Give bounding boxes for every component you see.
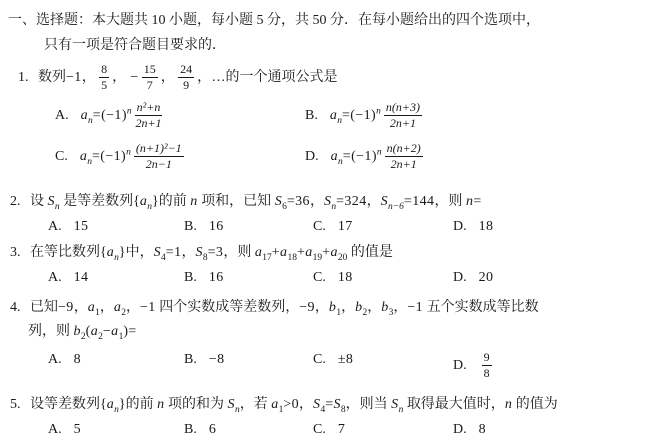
stem-text: ，	[74, 300, 88, 315]
options-row: A.14B.16C.18D.20	[8, 269, 661, 286]
stem-text: ，	[393, 300, 407, 315]
options-row: A.8B.−8C.±8D.98	[8, 351, 661, 381]
option-content: 17	[338, 219, 353, 234]
subscript: 17	[262, 253, 272, 263]
stem-text: ，	[299, 397, 313, 412]
math-variable: a	[330, 245, 337, 260]
option-content: 98	[479, 358, 495, 373]
option-label: B.	[184, 219, 197, 234]
fraction-numerator: n(n+3)	[384, 101, 422, 116]
fraction: (n+1)²−12n−1	[134, 142, 184, 172]
option-B: B.16	[184, 218, 224, 235]
option-content: 14	[74, 270, 89, 285]
option-content: 8	[479, 422, 486, 437]
stem-text: ，则	[223, 245, 255, 260]
math-variable: a	[331, 149, 338, 164]
stem-text: }中，	[119, 245, 154, 260]
option-C: C.±8	[313, 351, 353, 368]
option-label: D.	[305, 149, 319, 164]
math-text: −1	[140, 300, 156, 315]
option-label: C.	[313, 219, 326, 234]
math-text: ±8	[338, 352, 353, 367]
option-C: C.an=(−1)n(n+1)²−12n−1	[55, 142, 187, 172]
math-text: 8	[479, 422, 486, 437]
option-A: A.an=(−1)nn²+n2n+1	[55, 101, 165, 131]
math-variable: a	[91, 324, 98, 339]
subscript: 19	[313, 253, 323, 263]
fraction-numerator: (n+1)²−1	[134, 142, 184, 157]
option-label: B.	[184, 270, 197, 285]
fraction-numerator: n²+n	[135, 101, 163, 116]
stem-text: ，则	[434, 194, 466, 209]
question-number: 2.	[10, 193, 22, 210]
math-text: 14	[74, 270, 89, 285]
option-content: 6	[209, 422, 216, 437]
fraction: n(n+2)2n+1	[385, 142, 423, 172]
math-variable: S	[195, 245, 202, 260]
math-variable: a	[88, 300, 95, 315]
stem-text: ，	[100, 300, 114, 315]
option-content: an=(−1)nn²+n2n+1	[81, 108, 166, 123]
math-text: )=	[123, 324, 136, 339]
fraction-numerator: 24	[178, 63, 194, 78]
math-text: 15	[74, 219, 89, 234]
fraction-numerator: n(n+2)	[385, 142, 423, 157]
math-text: −9	[58, 300, 74, 315]
question-number: 1.	[18, 69, 30, 86]
math-text: +	[297, 245, 305, 260]
stem-text: 设等差数列{	[30, 397, 107, 412]
option-B: B.an=(−1)nn(n+3)2n+1	[305, 101, 425, 131]
math-text: −1	[407, 300, 423, 315]
math-text: −	[103, 324, 111, 339]
stem-text: ，	[126, 300, 140, 315]
option-C: C.17	[313, 218, 353, 235]
stem-text: ，	[367, 194, 381, 209]
option-content: 16	[209, 219, 224, 234]
option-label: A.	[48, 270, 62, 285]
option-content: −8	[209, 352, 225, 367]
math-text: 16	[209, 219, 224, 234]
option-content: 5	[74, 422, 81, 437]
option-label: B.	[184, 352, 197, 367]
superscript: n	[377, 147, 382, 157]
question-number: 5.	[10, 396, 22, 413]
math-text: +	[272, 245, 280, 260]
math-variable: S	[48, 194, 55, 209]
math-text: 5	[74, 422, 81, 437]
option-B: B.−8	[184, 351, 225, 368]
fraction-denominator: 2n+1	[385, 157, 423, 171]
superscript: n	[127, 106, 132, 116]
math-variable: a	[271, 397, 278, 412]
stem-text: ，	[181, 245, 195, 260]
option-A: A.14	[48, 269, 88, 286]
stem-text: 项和，已知	[198, 194, 275, 209]
math-variable: S	[334, 397, 341, 412]
math-text: 20	[479, 270, 494, 285]
math-variable: b	[381, 300, 388, 315]
fraction: 249	[178, 63, 194, 93]
stem-text: 设	[30, 194, 48, 209]
stem-text: 取得最大值时，	[403, 397, 505, 412]
stem-text: 已知	[30, 300, 58, 315]
question-stem: 3.在等比数列{an}中，S4=1，S8=3，则 a17+a18+a19+a20…	[8, 244, 661, 261]
math-text: =(−1)	[92, 149, 126, 164]
question-stem-continued: 列，则 b2(a2−a1)=	[28, 323, 661, 340]
math-text: =324	[336, 194, 367, 209]
option-B: B.6	[184, 421, 216, 437]
math-text: 16	[209, 270, 224, 285]
option-C: C.7	[313, 421, 345, 437]
math-text: =(−1)	[343, 149, 377, 164]
math-text: 18	[479, 219, 494, 234]
option-label: D.	[453, 422, 467, 437]
fraction-numerator: 15	[142, 63, 158, 78]
fraction-numerator: 9	[482, 351, 492, 366]
superscript: n	[126, 147, 131, 157]
option-C: C.18	[313, 269, 353, 286]
math-variable: a	[81, 108, 88, 123]
option-label: B.	[184, 422, 197, 437]
math-variable: S	[391, 397, 398, 412]
math-text: =36	[287, 194, 310, 209]
option-content: an=(−1)nn(n+2)2n+1	[331, 149, 426, 164]
question-number: 3.	[10, 244, 22, 261]
subscript: n−6	[388, 202, 404, 212]
stem-text: 的值为	[512, 397, 558, 412]
math-text: =	[473, 194, 481, 209]
section-header-line2: 只有一项是符合题目要求的．	[44, 37, 661, 54]
stem-text: }的前	[119, 397, 157, 412]
math-text: −8	[209, 352, 225, 367]
subscript: 18	[287, 253, 297, 263]
math-text: ，	[161, 70, 175, 85]
option-label: D.	[453, 358, 467, 373]
stem-text: …的一个通项公式是	[212, 70, 338, 85]
math-variable: S	[381, 194, 388, 209]
option-label: D.	[453, 219, 467, 234]
option-content: an=(−1)nn(n+3)2n+1	[330, 108, 425, 123]
option-content: 18	[479, 219, 494, 234]
stem-text: 是等差数列{	[60, 194, 140, 209]
fraction-denominator: 2n−1	[134, 157, 184, 171]
math-text: ，	[197, 70, 211, 85]
math-text: 7	[338, 422, 345, 437]
stem-text: 数列	[38, 70, 66, 85]
question-stem: 4.已知−9，a1，a2，−1 四个实数成等差数列，−9，b1，b2，b3，−1…	[8, 299, 661, 316]
math-text: 17	[338, 219, 353, 234]
option-B: B.16	[184, 269, 224, 286]
option-label: C.	[313, 422, 326, 437]
fraction-denominator: 7	[142, 78, 158, 92]
option-label: B.	[305, 108, 318, 123]
math-variable: a	[305, 245, 312, 260]
fraction-denominator: 2n+1	[384, 116, 422, 130]
question-1: 1.数列−1，85， −157，249，…的一个通项公式是A.an=(−1)nn…	[8, 63, 661, 177]
fraction: n(n+3)2n+1	[384, 101, 422, 131]
option-content: an=(−1)n(n+1)²−12n−1	[80, 149, 187, 164]
stem-text: ，	[341, 300, 355, 315]
stem-text: 列，则	[28, 324, 74, 339]
options-row: A.5B.6C.7D.8	[8, 421, 661, 437]
math-text: 18	[338, 270, 353, 285]
option-D: D.8	[453, 421, 486, 437]
option-A: A.8	[48, 351, 81, 368]
stem-text: }的前	[152, 194, 190, 209]
math-text: =144	[404, 194, 435, 209]
option-content: 16	[209, 270, 224, 285]
question-3: 3.在等比数列{an}中，S4=1，S8=3，则 a17+a18+a19+a20…	[8, 244, 661, 286]
option-D: D.98	[453, 351, 495, 381]
math-text: =3	[208, 245, 224, 260]
option-A: A.5	[48, 421, 81, 437]
question-stem: 1.数列−1，85， −157，249，…的一个通项公式是	[8, 63, 661, 93]
math-text: =	[325, 397, 333, 412]
option-content: 8	[74, 352, 81, 367]
math-text: −9	[299, 300, 315, 315]
question-stem: 5.设等差数列{an}的前 n 项的和为 Sn，若 a1>0，S4=S8，则当 …	[8, 396, 661, 413]
stem-text: 项的和为	[165, 397, 228, 412]
math-text: 8	[74, 352, 81, 367]
math-text: 6	[209, 422, 216, 437]
math-variable: a	[111, 324, 118, 339]
option-label: C.	[55, 149, 68, 164]
question-number: 4.	[10, 299, 22, 316]
option-label: A.	[55, 108, 69, 123]
math-text: =1	[166, 245, 182, 260]
math-text: =(−1)	[342, 108, 376, 123]
exam-page: 一、选择题：本大题共 10 小题，每小题 5 分，共 50 分．在每小题给出的四…	[0, 0, 669, 437]
stem-text: ，	[310, 194, 324, 209]
question-2: 2.设 Sn 是等差数列{an}的前 n 项和，已知 S6=36，Sn=324，…	[8, 193, 661, 235]
fraction-denominator: 5	[99, 78, 109, 92]
question-4: 4.已知−9，a1，a2，−1 四个实数成等差数列，−9，b1，b2，b3，−1…	[8, 299, 661, 381]
math-text: −1，	[66, 70, 96, 85]
section-header-line1: 一、选择题：本大题共 10 小题，每小题 5 分，共 50 分．在每小题给出的四…	[8, 12, 661, 29]
superscript: n	[376, 106, 381, 116]
option-content: 15	[74, 219, 89, 234]
fraction-denominator: 2n+1	[135, 116, 163, 130]
stem-text: 的值是	[347, 245, 393, 260]
option-content: ±8	[338, 352, 353, 367]
math-text: =(−1)	[93, 108, 127, 123]
math-variable: S	[275, 194, 282, 209]
question-stem: 2.设 Sn 是等差数列{an}的前 n 项和，已知 S6=36，Sn=324，…	[8, 193, 661, 210]
option-label: A.	[48, 219, 62, 234]
fraction: 98	[482, 351, 492, 381]
subscript: 20	[338, 253, 348, 263]
option-content: 20	[479, 270, 494, 285]
math-text: >0	[283, 397, 299, 412]
options-row: A.15B.16C.17D.18	[8, 218, 661, 235]
stem-text: 在等比数列{	[30, 245, 107, 260]
fraction-numerator: 8	[99, 63, 109, 78]
option-label: C.	[313, 270, 326, 285]
math-variable: b	[74, 324, 81, 339]
stem-text: ，若	[240, 397, 272, 412]
fraction: 85	[99, 63, 109, 93]
math-variable: S	[228, 397, 235, 412]
math-variable: S	[154, 245, 161, 260]
fraction-denominator: 8	[482, 366, 492, 380]
option-label: A.	[48, 422, 62, 437]
option-A: A.15	[48, 218, 88, 235]
option-label: A.	[48, 352, 62, 367]
option-D: D.20	[453, 269, 493, 286]
stem-text: ，	[367, 300, 381, 315]
option-label: D.	[453, 270, 467, 285]
stem-text: 四个实数成等差数列，	[156, 300, 300, 315]
option-label: C.	[313, 352, 326, 367]
stem-text: ，	[315, 300, 329, 315]
option-D: D.an=(−1)nn(n+2)2n+1	[305, 142, 426, 172]
fraction: 157	[142, 63, 158, 93]
math-variable: n	[190, 194, 197, 209]
fraction: n²+n2n+1	[135, 101, 163, 131]
math-variable: n	[157, 397, 164, 412]
stem-text: 五个实数成等比数	[423, 300, 539, 315]
option-D: D.18	[453, 218, 493, 235]
option-content: 7	[338, 422, 345, 437]
math-text: ， −	[112, 70, 139, 85]
fraction-denominator: 9	[178, 78, 194, 92]
option-content: 18	[338, 270, 353, 285]
stem-text: ，则当	[346, 397, 392, 412]
question-5: 5.设等差数列{an}的前 n 项的和为 Sn，若 a1>0，S4=S8，则当 …	[8, 396, 661, 437]
questions-container: 1.数列−1，85， −157，249，…的一个通项公式是A.an=(−1)nn…	[8, 63, 661, 437]
options-row: A.an=(−1)nn²+n2n+1B.an=(−1)nn(n+3)2n+1C.…	[8, 101, 661, 177]
